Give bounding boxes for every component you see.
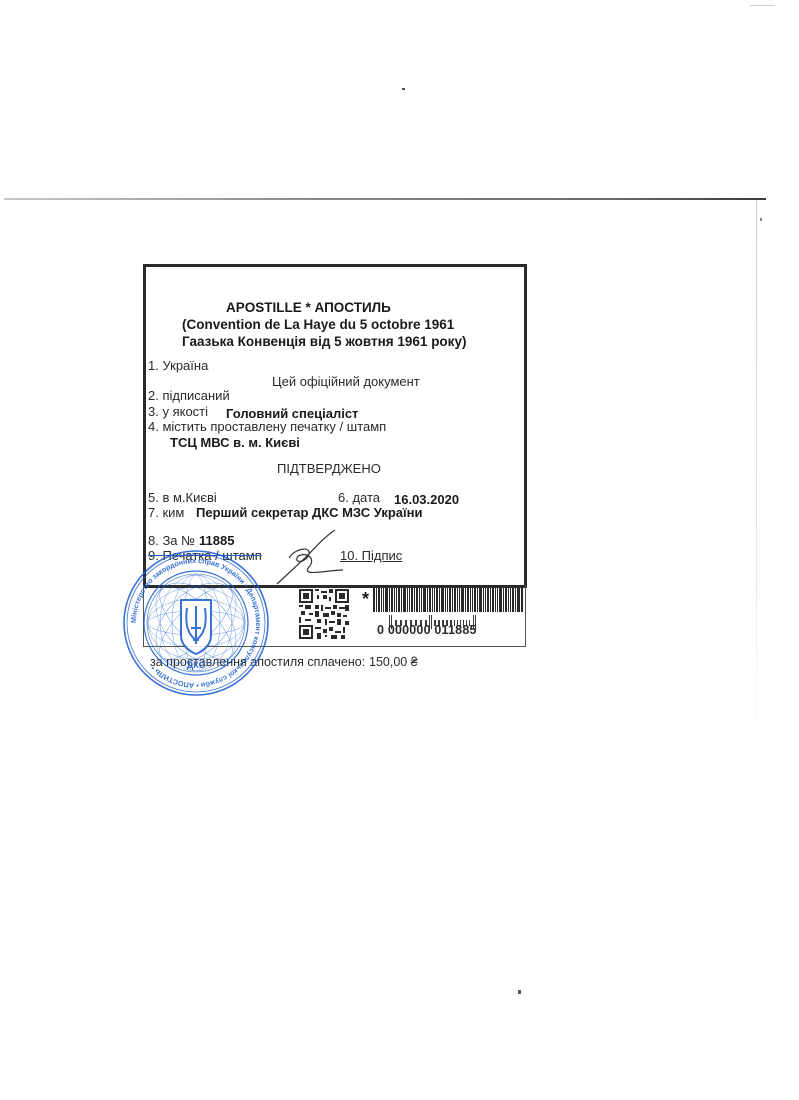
scan-speck [402,88,405,90]
scan-edge-top [4,198,766,200]
title-line-2: (Convention de La Haye du 5 octobre 1961 [182,316,454,333]
title-line-1: APOSTILLE * АПОСТИЛЬ [226,299,391,316]
field-doc-intro: Цей офіційний документ [272,374,420,390]
qr-code-icon [299,589,349,639]
scan-edge-right-top [750,5,775,6]
field-place-label: 5. в м.Києві [148,490,217,506]
fee-amount: 150,00 ₴ [369,655,418,669]
scan-speck [518,990,521,994]
field-seal-label: 4. містить проставлену печатку / штамп [148,419,386,435]
field-signed-label: 2. підписаний [148,388,230,404]
field-number-label: 8. За № [148,533,195,549]
field-country: 1. Україна [148,358,208,374]
title-line-3: Гаазька Конвенція від 5 жовтня 1961 року… [182,333,466,350]
field-signature-label: 10. Підпис [340,548,402,564]
scan-speck [760,218,762,221]
official-stamp: Міністерство закордонних справ України •… [121,548,271,698]
signature-mark [275,528,345,586]
trident-coat-of-arms-icon [181,600,211,654]
field-date-label: 6. дата [338,490,380,506]
field-by-label: 7. ким [148,505,184,521]
barcode-icon [373,588,523,612]
barcode-number: 0 000000 011885 [377,623,477,637]
barcode-star: * [362,589,369,610]
svg-text:ДКС: ДКС [187,660,206,670]
field-capacity-label: 3. у якості [148,404,208,420]
scan-edge-right [756,200,757,760]
field-by-value: Перший секретар ДКС МЗС України [196,505,423,521]
field-certified: ПІДТВЕРДЖЕНО [277,461,381,477]
field-seal-value: ТСЦ МВС в. м. Києві [170,435,300,451]
field-number-value: 11885 [199,533,234,549]
